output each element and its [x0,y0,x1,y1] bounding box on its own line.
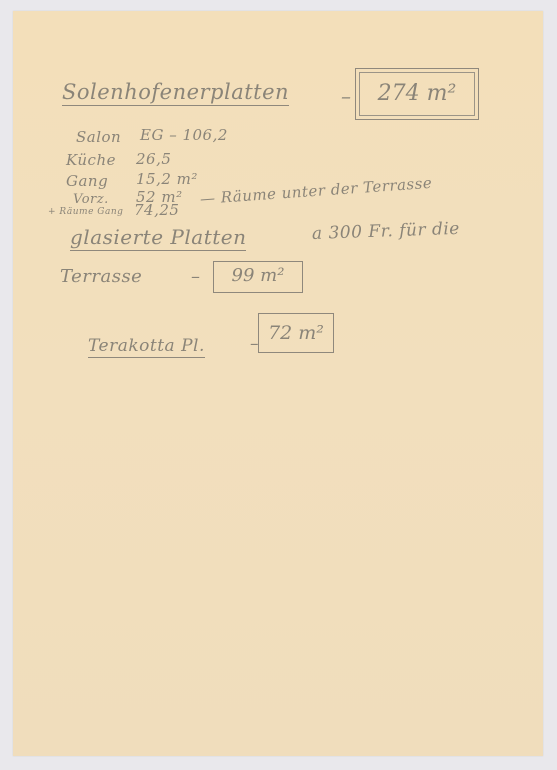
room-name: + Räume Gang [48,207,123,217]
room-name: Vorz. [73,192,109,207]
glazed-label: glasierte Platten [70,225,246,251]
heading-total-box: 274 m² [355,68,479,120]
glazed-dash: – [191,266,201,287]
room-name: Salon [76,128,121,146]
heading-label: Solenhofenerplatten [62,80,289,106]
paper-sheet [13,11,543,756]
glazed-total: 99 m² [232,265,285,286]
room-value: 15,2 m² [136,170,198,188]
terracotta-total-box: 72 m² [258,313,334,353]
glazed-total-box: 99 m² [213,261,303,293]
glazed-line2: Terrasse [60,266,142,287]
room-value: EG – 106,2 [140,126,228,144]
room-name: Küche [66,151,116,169]
heading-total: 274 m² [378,81,457,106]
room-value: 26,5 [136,150,171,168]
room-value: 74,25 [134,201,179,219]
heading-dash: – [341,84,352,108]
terracotta-total: 72 m² [268,322,324,344]
room-name: Gang [66,172,108,190]
terracotta-label: Terakotta Pl. [88,336,205,358]
